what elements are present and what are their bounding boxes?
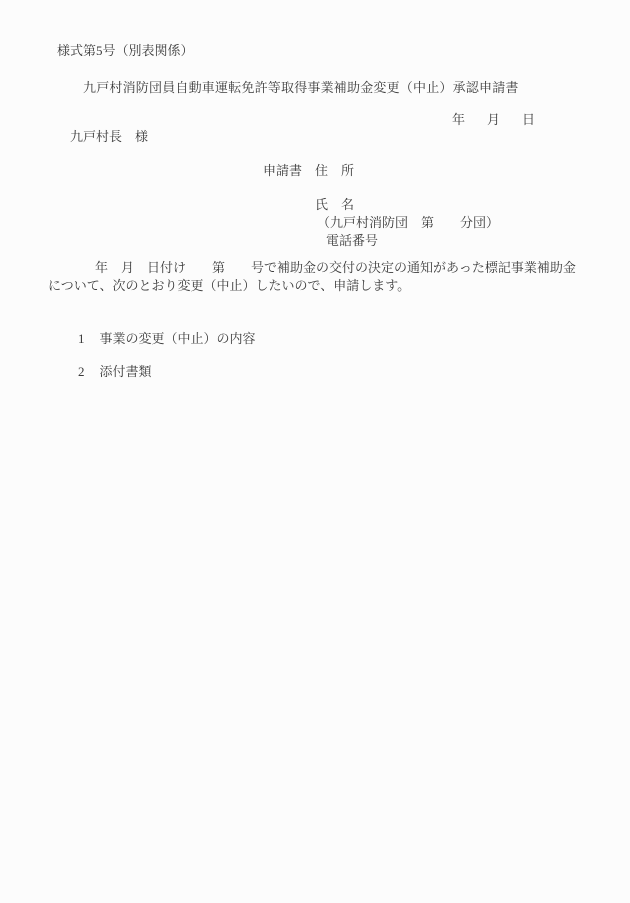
body-paragraph-line-1: 年 月 日付け 第 号で補助金の交付の決定の通知があった標記事業補助金 bbox=[95, 261, 576, 276]
body-paragraph-line-2: について、次のとおり変更（中止）したいので、申請します。 bbox=[48, 279, 410, 294]
list-item-2: 2添付書類 bbox=[65, 350, 152, 395]
document-title: 九戸村消防団員自動車運転免許等取得事業補助金変更（中止）承認申請書 bbox=[83, 81, 519, 96]
form-number: 様式第5号（別表関係） bbox=[57, 44, 194, 59]
fire-brigade-division-line: （九戸村消防団 第 分団） bbox=[317, 216, 499, 231]
applicant-address-heading: 申請書 住 所 bbox=[263, 164, 354, 179]
item-2-number: 2 bbox=[78, 364, 85, 379]
phone-number-label: 電話番号 bbox=[326, 234, 378, 249]
document-page: 様式第5号（別表関係） 九戸村消防団員自動車運転免許等取得事業補助金変更（中止）… bbox=[0, 0, 630, 903]
item-1-label: 事業の変更（中止）の内容 bbox=[100, 331, 256, 346]
applicant-name-label: 氏 名 bbox=[315, 198, 354, 213]
date-blank-line: 年 月 日 bbox=[452, 113, 540, 128]
item-1-number: 1 bbox=[78, 331, 85, 346]
addressee-line: 九戸村長 様 bbox=[70, 130, 148, 145]
item-2-label: 添付書類 bbox=[100, 364, 152, 379]
